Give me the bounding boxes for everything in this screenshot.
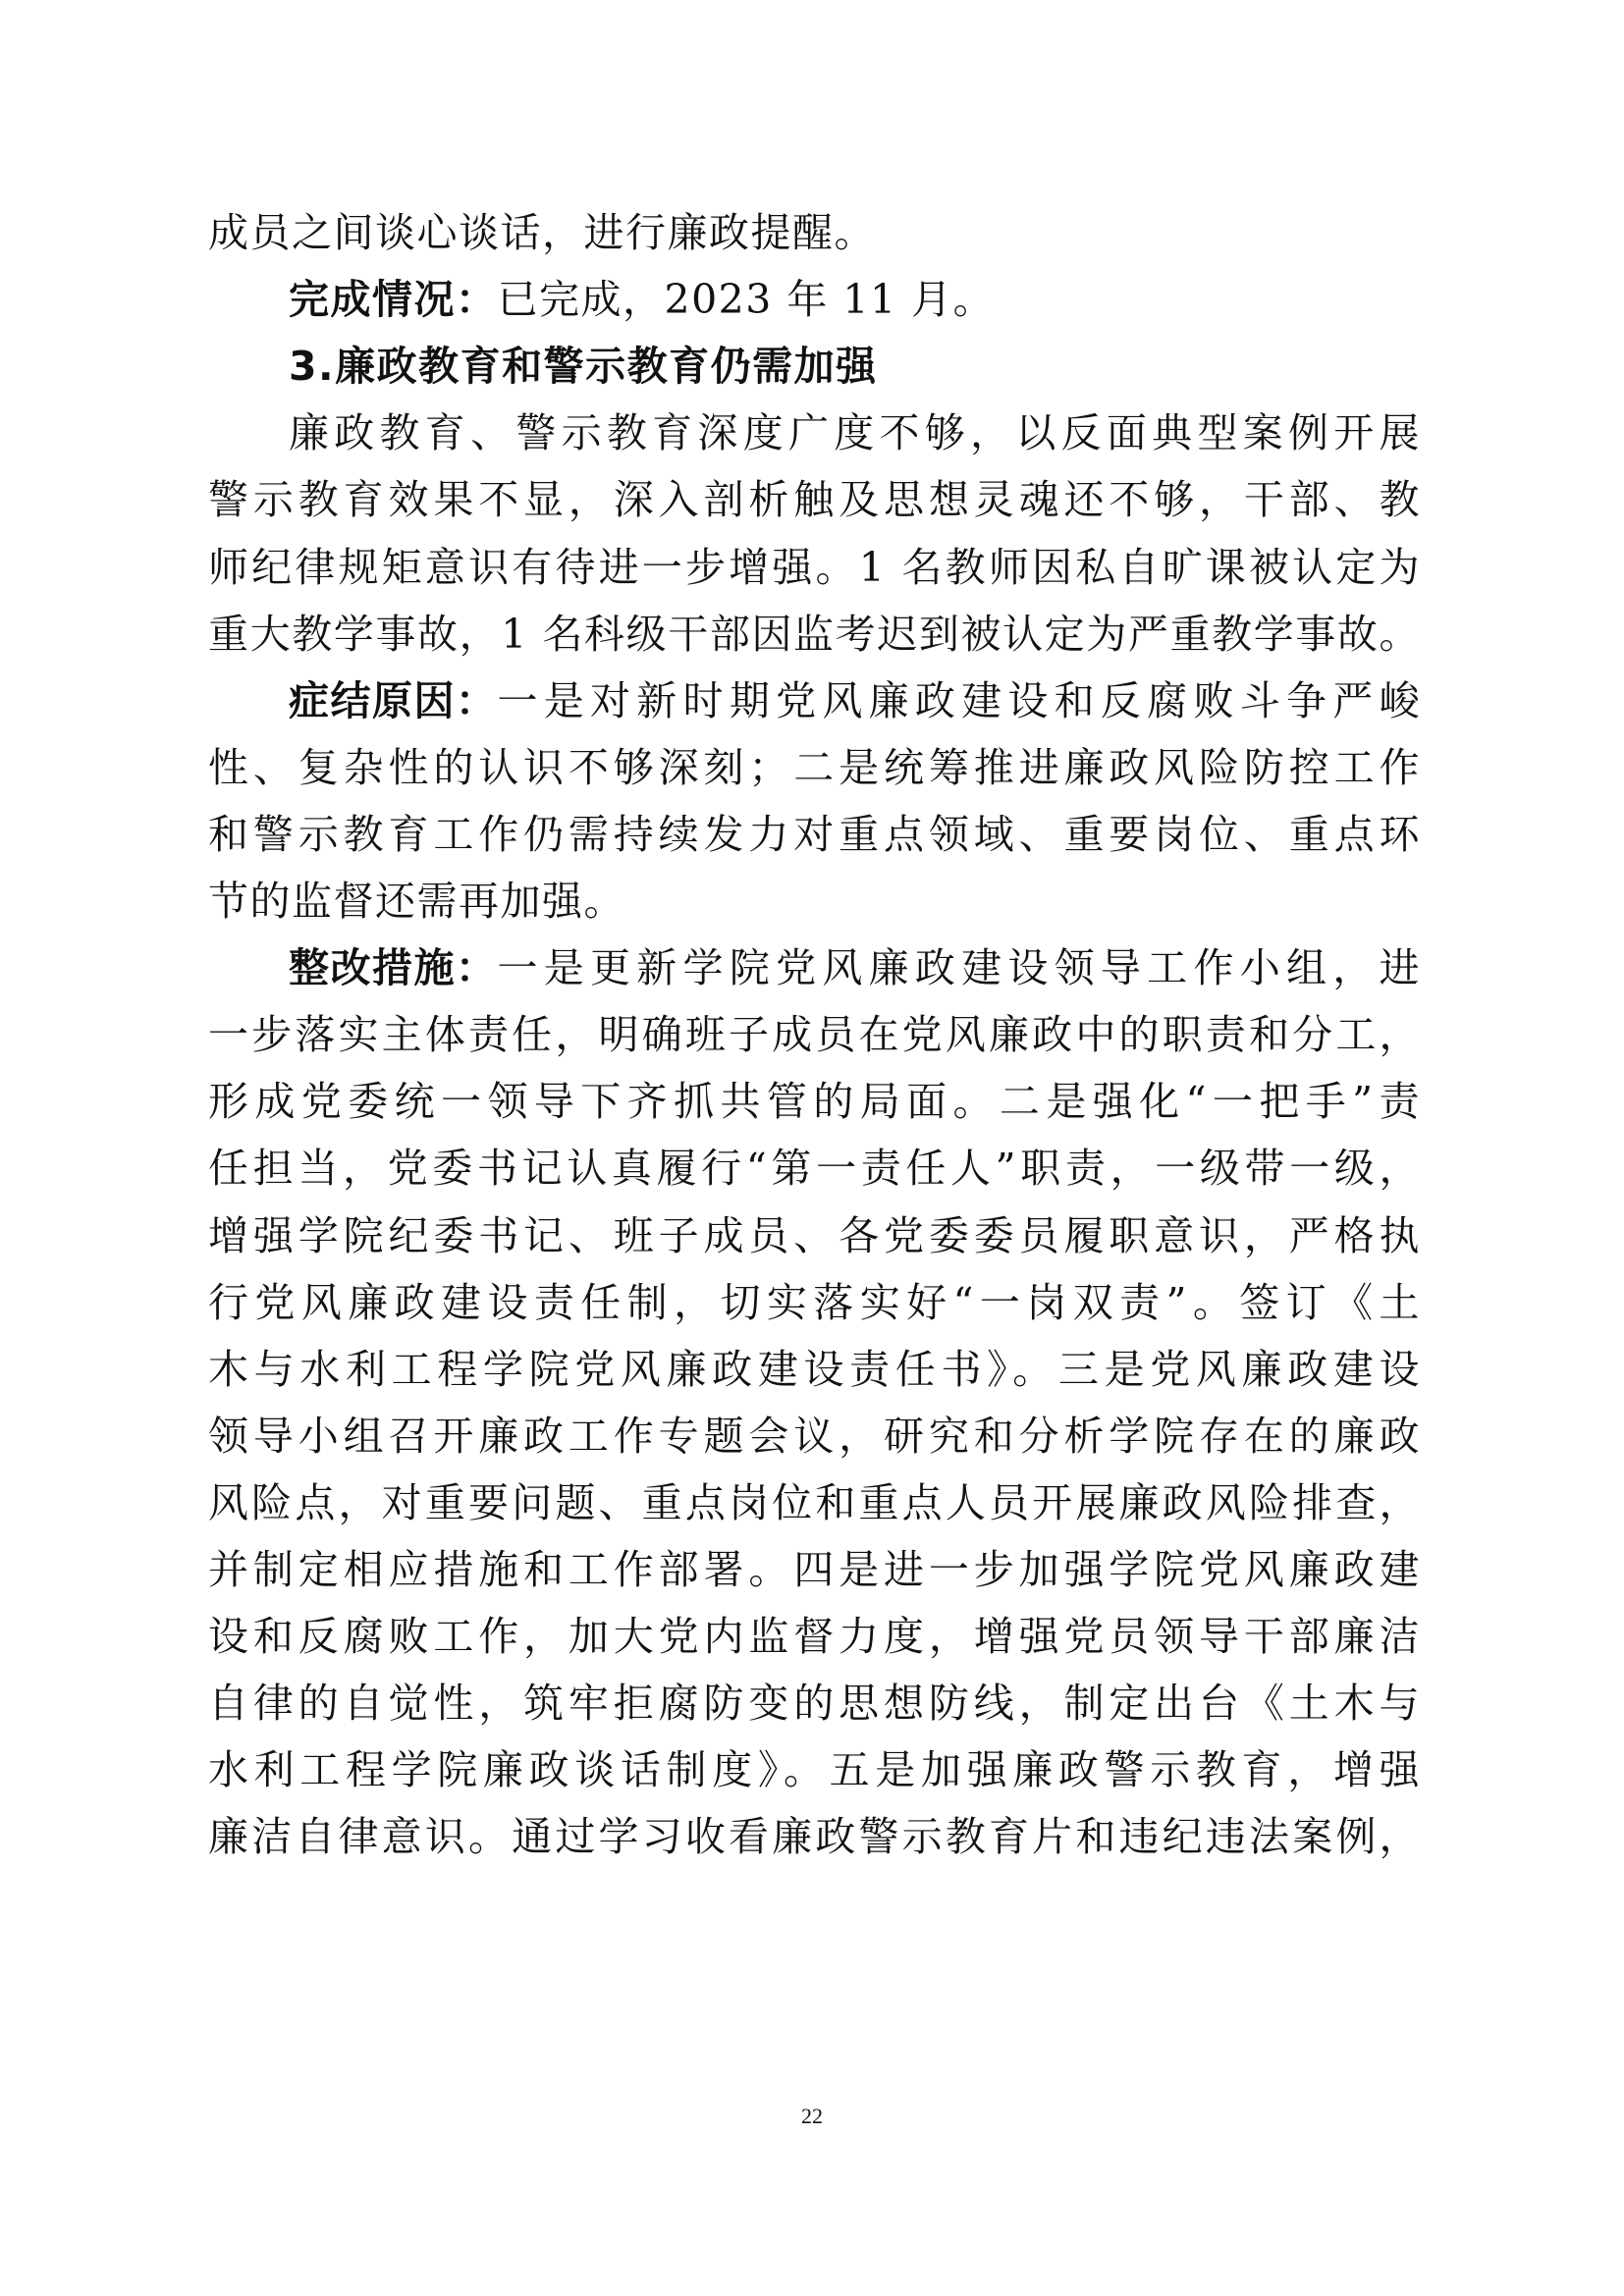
- document-page: 成员之间谈心谈话，进行廉政提醒。完成情况：已完成，2023 年 11 月。3.廉…: [0, 0, 1624, 2296]
- text-line: 一步落实主体责任，明确班子成员在党风廉政中的职责和分工，: [208, 1010, 1421, 1059]
- line-text: 增强学院纪委书记、班子成员、各党委委员履职意识，严格执: [208, 1211, 1421, 1260]
- text-line: 完成情况：已完成，2023 年 11 月。: [289, 275, 1421, 324]
- text-line: 风险点，对重要问题、重点岗位和重点人员开展廉政风险排查，: [208, 1478, 1421, 1527]
- text-line: 节的监督还需再加强。: [208, 877, 1421, 926]
- text-line: 水利工程学院廉政谈话制度》。五是加强廉政警示教育，增强: [208, 1745, 1421, 1794]
- inline-label: 完成情况：: [289, 275, 498, 324]
- line-text: 设和反腐败工作，加大党内监督力度，增强党员领导干部廉洁: [208, 1612, 1421, 1661]
- line-text: 领导小组召开廉政工作专题会议，研究和分析学院存在的廉政: [208, 1412, 1421, 1461]
- line-text: 成员之间谈心谈话，进行廉政提醒。: [208, 208, 876, 257]
- line-text: 一步落实主体责任，明确班子成员在党风廉政中的职责和分工，: [208, 1010, 1421, 1059]
- text-line: 警示教育效果不显，深入剖析触及思想灵魂还不够，干部、教: [208, 475, 1421, 524]
- text-line: 设和反腐败工作，加大党内监督力度，增强党员领导干部廉洁: [208, 1612, 1421, 1661]
- page-number: 22: [0, 2104, 1624, 2129]
- inline-label: 症结原因：: [289, 676, 498, 725]
- text-line: 廉洁自律意识。通过学习收看廉政警示教育片和违纪违法案例，: [208, 1812, 1421, 1861]
- text-line: 整改措施：一是更新学院党风廉政建设领导工作小组，进: [289, 943, 1421, 992]
- line-text: 已完成，2023 年 11 月。: [498, 275, 996, 324]
- text-line: 症结原因：一是对新时期党风廉政建设和反腐败斗争严峻: [289, 676, 1421, 725]
- line-text: 廉洁自律意识。通过学习收看廉政警示教育片和违纪违法案例，: [208, 1812, 1421, 1861]
- line-text: 和警示教育工作仍需持续发力对重点领域、重要岗位、重点环: [208, 810, 1421, 859]
- inline-label: 整改措施：: [289, 943, 498, 992]
- text-line: 任担当，党委书记认真履行“第一责任人”职责，一级带一级，: [208, 1144, 1421, 1193]
- line-text: 重大教学事故，1 名科级干部因监考迟到被认定为严重教学事故。: [208, 610, 1421, 659]
- heading-text: 3.廉政教育和警示教育仍需加强: [289, 342, 878, 391]
- line-text: 风险点，对重要问题、重点岗位和重点人员开展廉政风险排查，: [208, 1478, 1421, 1527]
- text-line: 师纪律规矩意识有待进一步增强。1 名教师因私自旷课被认定为: [208, 543, 1421, 592]
- line-text: 师纪律规矩意识有待进一步增强。1 名教师因私自旷课被认定为: [208, 543, 1421, 592]
- line-text: 节的监督还需再加强。: [208, 877, 625, 926]
- line-text: 木与水利工程学院党风廉政建设责任书》。三是党风廉政建设: [208, 1345, 1421, 1394]
- line-text: 廉政教育、警示教育深度广度不够，以反面典型案例开展: [289, 408, 1421, 457]
- section-heading: 3.廉政教育和警示教育仍需加强: [289, 342, 1421, 391]
- text-line: 重大教学事故，1 名科级干部因监考迟到被认定为严重教学事故。: [208, 610, 1421, 659]
- text-line: 增强学院纪委书记、班子成员、各党委委员履职意识，严格执: [208, 1211, 1421, 1260]
- line-text: 一是对新时期党风廉政建设和反腐败斗争严峻: [498, 676, 1422, 725]
- line-text: 自律的自觉性，筑牢拒腐防变的思想防线，制定出台《土木与: [208, 1679, 1421, 1728]
- text-line: 性、复杂性的认识不够深刻；二是统筹推进廉政风险防控工作: [208, 743, 1421, 792]
- text-line: 木与水利工程学院党风廉政建设责任书》。三是党风廉政建设: [208, 1345, 1421, 1394]
- line-text: 任担当，党委书记认真履行“第一责任人”职责，一级带一级，: [208, 1144, 1421, 1193]
- text-line: 行党风廉政建设责任制，切实落实好“一岗双责”。签订《土: [208, 1278, 1421, 1327]
- line-text: 形成党委统一领导下齐抓共管的局面。二是强化“一把手”责: [208, 1077, 1421, 1126]
- text-line: 并制定相应措施和工作部署。四是进一步加强学院党风廉政建: [208, 1545, 1421, 1594]
- line-text: 水利工程学院廉政谈话制度》。五是加强廉政警示教育，增强: [208, 1745, 1421, 1794]
- text-line: 领导小组召开廉政工作专题会议，研究和分析学院存在的廉政: [208, 1412, 1421, 1461]
- line-text: 性、复杂性的认识不够深刻；二是统筹推进廉政风险防控工作: [208, 743, 1421, 792]
- text-line: 成员之间谈心谈话，进行廉政提醒。: [208, 208, 1421, 257]
- line-text: 警示教育效果不显，深入剖析触及思想灵魂还不够，干部、教: [208, 475, 1421, 524]
- text-line: 廉政教育、警示教育深度广度不够，以反面典型案例开展: [289, 408, 1421, 457]
- line-text: 并制定相应措施和工作部署。四是进一步加强学院党风廉政建: [208, 1545, 1421, 1594]
- line-text: 行党风廉政建设责任制，切实落实好“一岗双责”。签订《土: [208, 1278, 1421, 1327]
- text-line: 形成党委统一领导下齐抓共管的局面。二是强化“一把手”责: [208, 1077, 1421, 1126]
- text-line: 自律的自觉性，筑牢拒腐防变的思想防线，制定出台《土木与: [208, 1679, 1421, 1728]
- text-line: 和警示教育工作仍需持续发力对重点领域、重要岗位、重点环: [208, 810, 1421, 859]
- line-text: 一是更新学院党风廉政建设领导工作小组，进: [498, 943, 1422, 992]
